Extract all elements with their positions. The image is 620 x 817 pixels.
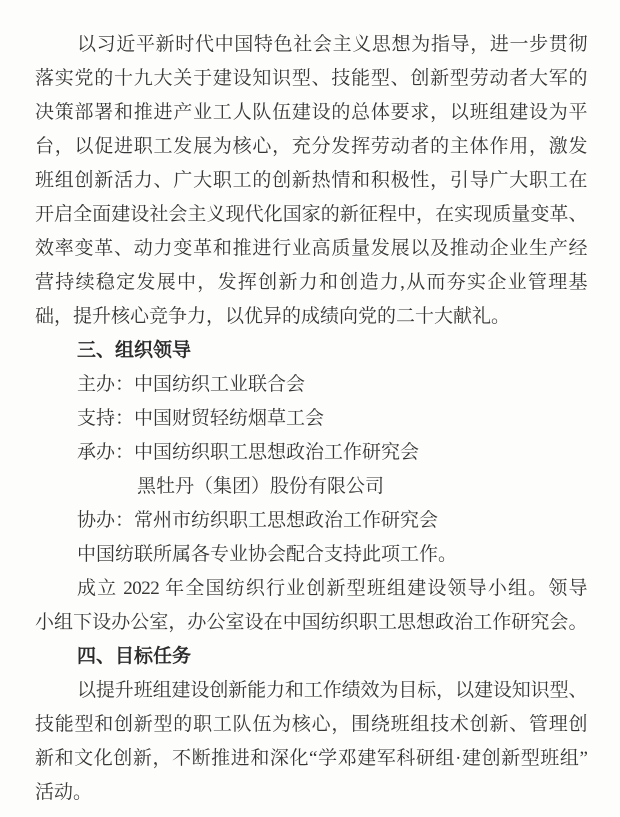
goal-paragraph-line: 以提升班组建设创新能力和工作绩效为目标，以建设知识型、 (35, 674, 587, 708)
support-line: 支持：中国财贸轻纺烟草工会 (35, 402, 587, 436)
co-organizer-line: 协办：常州市纺织职工思想政治工作研究会 (35, 504, 587, 538)
leading-group-line: 小组下设办公室，办公室设在中国纺织职工思想政治工作研究会。 (35, 606, 587, 640)
host-line: 主办：中国纺织工业联合会 (35, 368, 587, 402)
goal-paragraph-line: 技能型和创新型的职工队伍为核心，围绕班组技术创新、管理创 (35, 708, 587, 742)
scanned-document-page: 以习近平新时代中国特色社会主义思想为指导，进一步贯彻 落实党的十九大关于建设知识… (0, 0, 620, 817)
intro-paragraph-line: 以习近平新时代中国特色社会主义思想为指导，进一步贯彻 (35, 28, 587, 62)
leading-group-line: 成立 2022 年全国纺织行业创新型班组建设领导小组。领导 (35, 572, 587, 606)
intro-paragraph-line: 开启全面建设社会主义现代化国家的新征程中，在实现质量变革、 (35, 198, 587, 232)
association-support-line: 中国纺联所属各专业协会配合支持此项工作。 (35, 538, 587, 572)
intro-paragraph-line: 效率变革、动力变革和推进行业高质量发展以及推动企业生产经 (35, 232, 587, 266)
organizer-line-2: 黑牡丹（集团）股份有限公司 (35, 470, 587, 504)
goal-paragraph-line: 活动。 (35, 776, 587, 810)
intro-paragraph-line: 班组创新活力、广大职工的创新热情和积极性，引导广大职工在 (35, 164, 587, 198)
goal-paragraph-line: 新和文化创新，不断推进和深化“学邓建军科研组·建创新型班组” (35, 742, 587, 776)
section-3-heading: 三、组织领导 (35, 334, 587, 368)
intro-paragraph-line: 础，提升核心竞争力，以优异的成绩向党的二十大献礼。 (35, 300, 587, 334)
intro-paragraph-line: 台，以促进职工发展为核心，充分发挥劳动者的主体作用，激发 (35, 130, 587, 164)
intro-paragraph-line: 落实党的十九大关于建设知识型、技能型、创新型劳动者大军的 (35, 62, 587, 96)
intro-paragraph-line: 营持续稳定发展中，发挥创新力和创造力,从而夯实企业管理基 (35, 266, 587, 300)
section-4-heading: 四、目标任务 (35, 640, 587, 674)
intro-paragraph-line: 决策部署和推进产业工人队伍建设的总体要求，以班组建设为平 (35, 96, 587, 130)
organizer-line: 承办：中国纺织职工思想政治工作研究会 (35, 436, 587, 470)
